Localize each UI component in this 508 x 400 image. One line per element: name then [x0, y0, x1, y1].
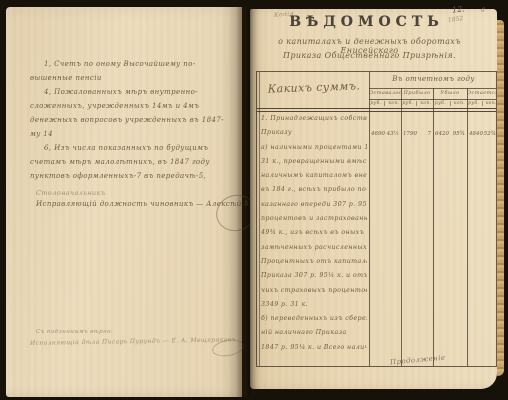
table-row: процентовъ и застрахованныхъ 338.: [261, 212, 367, 226]
table-row: въ 184 г., всѣхъ прибыло по-: [261, 183, 367, 197]
manuscript-line: 1, Счетъ по оному Высочайшему по-: [30, 57, 246, 71]
kop-value: 52¾: [484, 131, 496, 137]
column-header: Прибыло: [401, 88, 433, 99]
column-header: Оставалось: [369, 88, 401, 99]
column-group-header: Въ отчетномъ году: [369, 75, 498, 83]
rub-value: 6420: [435, 131, 449, 137]
table-row: казаннаго впереди 307 р. 95¼ к.: [261, 198, 367, 212]
document-subtitle: Приказа Общественнаго Призрѣнія.: [250, 51, 489, 60]
attestation-line: Съ подлиннымъ вѣрно:: [36, 329, 113, 335]
table-row: наличнымъ капиталомъ внесенныхъ: [261, 169, 367, 183]
amount-cell: 484052¾: [467, 128, 498, 140]
table-row: 1847 р. 95¼ к. и Всего наличности: [261, 341, 367, 355]
kop-label: коп.: [384, 101, 399, 106]
manuscript-line: пунктовъ оформленныхъ-7 въ передачѣ-5,: [30, 169, 246, 183]
unit-header: руб.коп.: [401, 99, 433, 108]
kop-label: коп.: [450, 101, 465, 106]
table-row: б) переведенныхъ изъ сбереже-: [261, 312, 367, 326]
column-header: Убыло: [433, 88, 467, 99]
right-page: Копія ВѢДОМОСТЬ о капиталахъ и денежныхъ…: [250, 9, 497, 389]
left-page: 1, Счетъ по оному Высочайшему по- вышенн…: [6, 7, 242, 397]
manuscript-line: денежныхъ вопросовъ учрежденныхъ въ 1847…: [30, 113, 246, 127]
table-rule: [369, 72, 370, 366]
kop-label: коп.: [482, 101, 497, 106]
unit-header: руб.коп.: [369, 99, 401, 108]
kop-value: 43½: [387, 131, 399, 137]
table-row: 49¾ к., изъ всѣхъ въ оныхъ: [261, 226, 367, 240]
manuscript-line: счетамъ мѣръ малолѣтнихъ, въ 1847 году: [30, 155, 246, 169]
table-row: 3349 р. 31 к.: [261, 298, 367, 312]
rub-label: руб.: [435, 101, 446, 106]
column-header-sums: Какихъ суммъ.: [263, 79, 365, 96]
ledger-table: Какихъ суммъ. Въ отчетномъ году Оставало…: [256, 71, 497, 367]
table-row: Процентныхъ отъ капитала: [261, 255, 367, 269]
amount-cell: 469043½: [369, 128, 401, 140]
manuscript-line: 4, Пожалованныхъ мѣръ внутренно-: [30, 85, 246, 99]
clerk-title-line: Столоначальникъ: [36, 189, 106, 197]
table-row: замѣченныхъ расчисленныхъ: [261, 241, 367, 255]
kop-value: 7: [428, 131, 432, 137]
column-header: Остается: [467, 88, 498, 99]
rub-value: 4690: [371, 131, 385, 137]
amount-cell: 17907: [401, 128, 433, 140]
manuscript-line: сложенныхъ, учрежденныхъ 14мъ и 4мъ: [30, 99, 246, 113]
folio-number: 12.: [452, 4, 466, 14]
rub-value: 1790: [403, 131, 417, 137]
rub-label: руб.: [402, 101, 413, 106]
table-row: 31 к., превращенными вмѣстѣ отъ: [261, 155, 367, 169]
manuscript-line: 6, Изъ числа показанныхъ по будущимъ: [30, 141, 246, 155]
scanned-ledger-photo: 1, Счетъ по оному Высочайшему по- вышенн…: [0, 0, 508, 400]
manuscript-line: вышенные пенсіи: [30, 71, 246, 85]
page-edge-stack: [497, 20, 504, 376]
kop-label: коп.: [416, 101, 431, 106]
rub-label: руб.: [468, 101, 479, 106]
table-row: ній наличнаго Приказа: [261, 326, 367, 340]
table-description-column: 1. Принадлежащихъ собственно Приказу а) …: [261, 112, 367, 355]
manuscript-line: му 14: [30, 127, 246, 141]
kop-value: 95¾: [453, 131, 465, 137]
rub-label: руб.: [370, 101, 381, 106]
table-row: чихъ страховыхъ процентовъ: [261, 284, 367, 298]
table-row: Приказу: [261, 126, 367, 140]
unit-header: руб.коп.: [433, 99, 467, 108]
amount-cell: 642095¾: [433, 128, 467, 140]
left-page-text-block: 1, Счетъ по оному Высочайшему по- вышенн…: [30, 57, 246, 183]
table-row: а) наличными процентами 1834 р.: [261, 141, 367, 155]
table-row: 1. Принадлежащихъ собственно: [261, 112, 367, 126]
unit-header: руб.коп.: [467, 99, 498, 108]
table-row: Приказа 307 р. 95¼ к. и отъ про-: [261, 269, 367, 283]
rub-value: 4840: [469, 131, 483, 137]
